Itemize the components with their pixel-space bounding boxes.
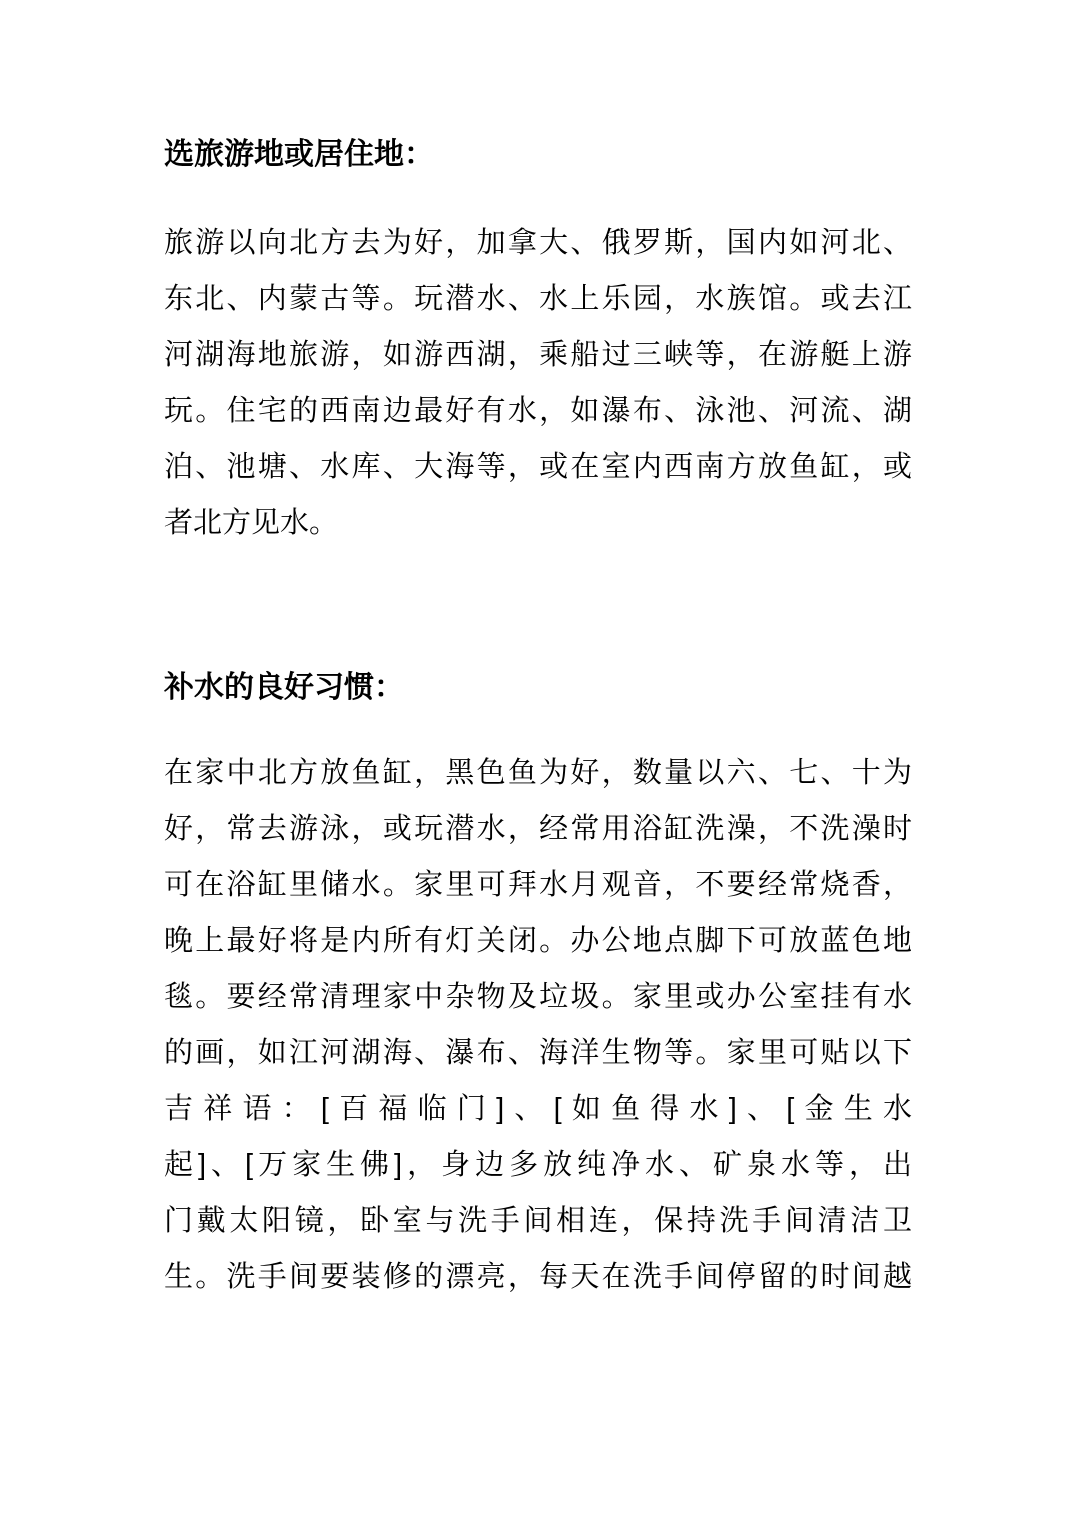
text-line: 旅游以向北方去为好，加拿大、俄罗斯，国内如河北、 xyxy=(164,215,912,271)
section-heading-water-habits: 补水的良好习惯： xyxy=(164,660,912,716)
text-column: 选旅游地或居住地： 旅游以向北方去为好，加拿大、俄罗斯，国内如河北、 东北、内蒙… xyxy=(0,0,1080,1305)
text-line: 者北方见水。 xyxy=(164,495,912,551)
text-line: 晚上最好将是内所有灯关闭。办公地点脚下可放蓝色地 xyxy=(164,913,912,969)
text-line: 可在浴缸里储水。家里可拜水月观音，不要经常烧香， xyxy=(164,857,912,913)
text-line: 门戴太阳镜，卧室与洗手间相连，保持洗手间清洁卫 xyxy=(164,1193,912,1249)
section-travel-location: 选旅游地或居住地： 旅游以向北方去为好，加拿大、俄罗斯，国内如河北、 东北、内蒙… xyxy=(164,127,912,551)
text-line: 河湖海地旅游，如游西湖，乘船过三峡等，在游艇上游 xyxy=(164,327,912,383)
text-line: 好，常去游泳，或玩潜水，经常用浴缸洗澡，不洗澡时 xyxy=(164,801,912,857)
text-line: 玩。住宅的西南边最好有水，如瀑布、泳池、河流、湖 xyxy=(164,383,912,439)
text-line: 生。洗手间要装修的漂亮，每天在洗手间停留的时间越 xyxy=(164,1249,912,1305)
text-line: 吉祥语：[百福临门]、[如鱼得水]、[金生水 xyxy=(164,1081,912,1137)
document-page: 选旅游地或居住地： 旅游以向北方去为好，加拿大、俄罗斯，国内如河北、 东北、内蒙… xyxy=(0,0,1080,1523)
section-heading-travel-location: 选旅游地或居住地： xyxy=(164,127,912,183)
text-line: 起]、[万家生佛]，身边多放纯净水、矿泉水等，出 xyxy=(164,1137,912,1193)
text-line: 东北、内蒙古等。玩潜水、水上乐园，水族馆。或去江 xyxy=(164,271,912,327)
paragraph-travel-location: 旅游以向北方去为好，加拿大、俄罗斯，国内如河北、 东北、内蒙古等。玩潜水、水上乐… xyxy=(164,215,912,551)
text-line: 的画，如江河湖海、瀑布、海洋生物等。家里可贴以下 xyxy=(164,1025,912,1081)
section-water-habits: 补水的良好习惯： 在家中北方放鱼缸，黑色鱼为好，数量以六、七、十为 好，常去游泳… xyxy=(164,660,912,1305)
text-line: 毯。要经常清理家中杂物及垃圾。家里或办公室挂有水 xyxy=(164,969,912,1025)
paragraph-water-habits: 在家中北方放鱼缸，黑色鱼为好，数量以六、七、十为 好，常去游泳，或玩潜水，经常用… xyxy=(164,745,912,1305)
text-line: 泊、池塘、水库、大海等，或在室内西南方放鱼缸，或 xyxy=(164,439,912,495)
text-line: 在家中北方放鱼缸，黑色鱼为好，数量以六、七、十为 xyxy=(164,745,912,801)
